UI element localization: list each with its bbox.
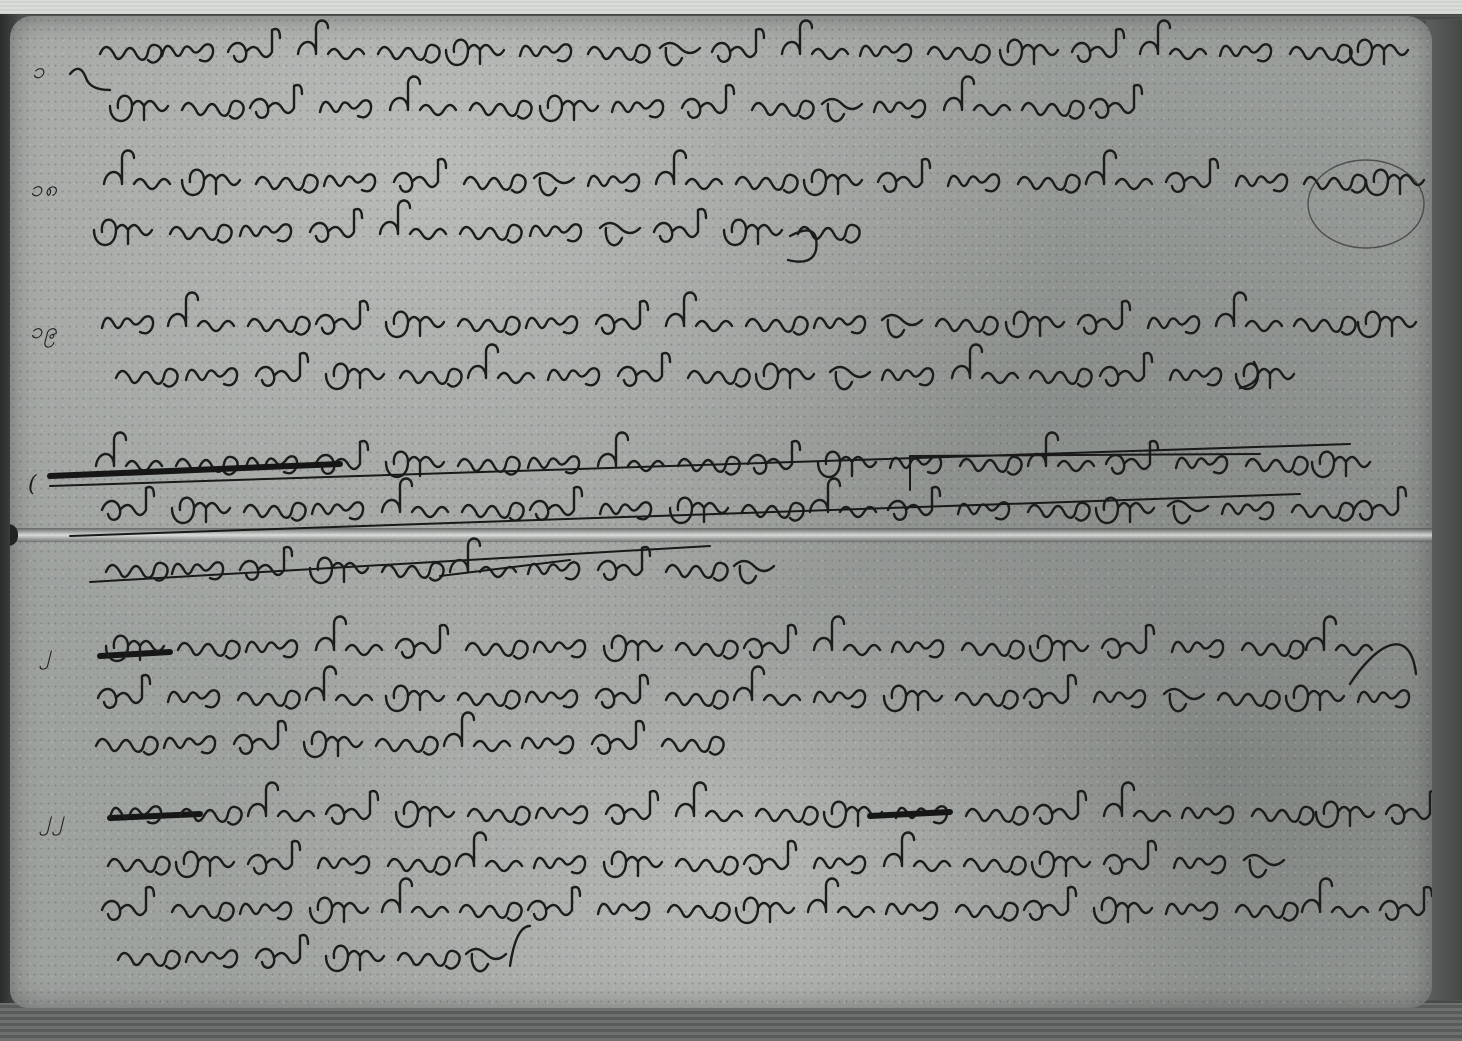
section-1-text — [70, 21, 1408, 122]
handwriting-ink-layer — [10, 16, 1432, 1008]
section-7-text — [102, 783, 1432, 972]
section-2-text — [94, 151, 1424, 262]
section-3-text — [102, 293, 1416, 390]
section-4-text-struck — [50, 433, 1406, 583]
section-6-text — [96, 617, 1416, 758]
manuscript-page: photograph of handwritten manuscript pag… — [10, 16, 1432, 1008]
bottom-background-strip — [0, 1003, 1462, 1041]
photo-background: photograph of handwritten manuscript pag… — [0, 0, 1462, 1041]
